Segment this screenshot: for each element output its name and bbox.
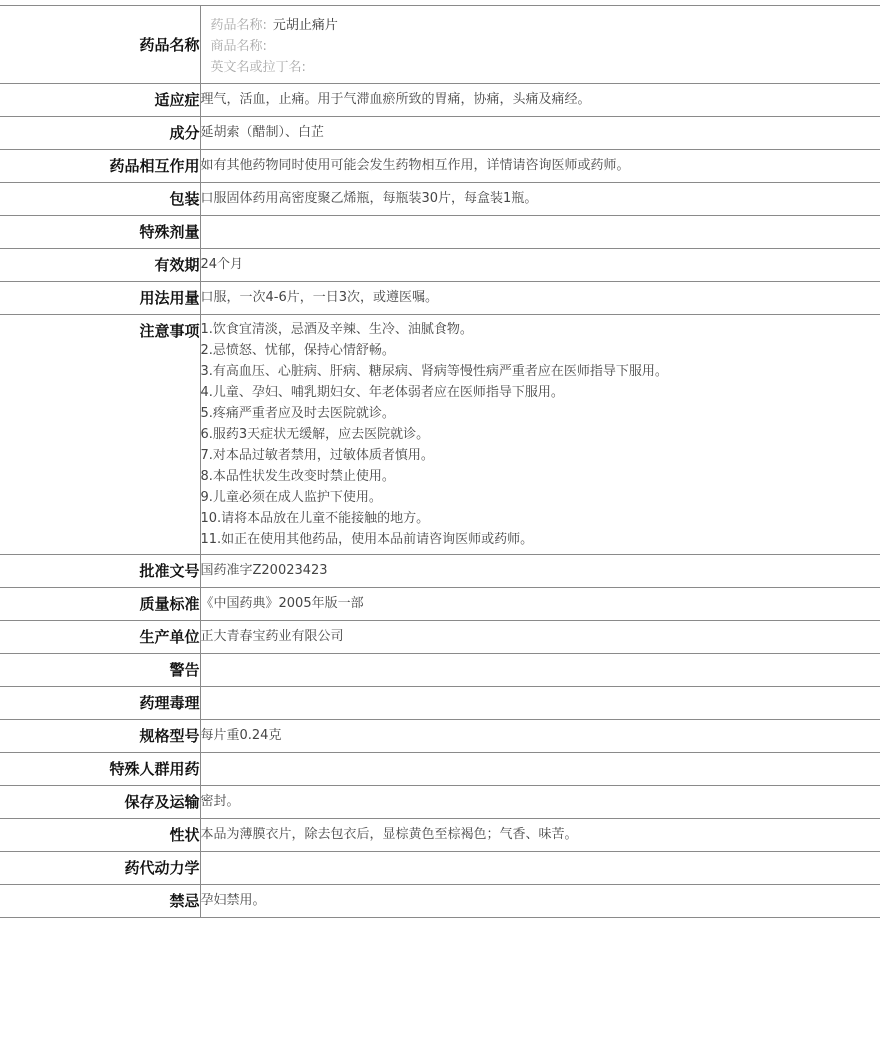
- precaution-item: 11.如正在使用其他药品，使用本品前请咨询医师或药师。: [201, 529, 880, 550]
- row-label: 批准文号: [0, 555, 200, 588]
- row-value: 24个月: [200, 249, 880, 282]
- row-value: 国药准字Z20023423: [200, 555, 880, 588]
- drug-spec-table: 药品名称 药品名称:元胡止痛片 商品名称: 英文名或拉丁名: 适应症理气，活血，…: [0, 5, 880, 918]
- row-value: 每片重0.24克: [200, 720, 880, 753]
- precaution-item: 4.儿童、孕妇、哺乳期妇女、年老体弱者应在医师指导下服用。: [201, 382, 880, 403]
- row-value: 口服固体药用高密度聚乙烯瓶，每瓶装30片，每盒装1瓶。: [200, 183, 880, 216]
- row-interactions: 药品相互作用如有其他药物同时使用可能会发生药物相互作用，详情请咨询医师或药师。: [0, 150, 880, 183]
- row-approval-number: 批准文号国药准字Z20023423: [0, 555, 880, 588]
- row-label: 性状: [0, 819, 200, 852]
- row-label: 生产单位: [0, 621, 200, 654]
- row-label: 保存及运输: [0, 786, 200, 819]
- row-value: [200, 216, 880, 249]
- generic-name-value: 元胡止痛片: [273, 18, 338, 33]
- generic-name-key: 药品名称:: [211, 18, 267, 33]
- row-label: 有效期: [0, 249, 200, 282]
- row-special-dosage: 特殊剂量: [0, 216, 880, 249]
- trade-name-line: 商品名称:: [211, 36, 880, 57]
- row-quality-standard: 质量标准《中国药典》2005年版一部: [0, 588, 880, 621]
- row-warning: 警告: [0, 654, 880, 687]
- row-value: [200, 753, 880, 786]
- row-indications: 适应症理气，活血，止痛。用于气滞血瘀所致的胃痛，协痛，头痛及痛经。: [0, 84, 880, 117]
- row-label: 药理毒理: [0, 687, 200, 720]
- precaution-item: 10.请将本品放在儿童不能接触的地方。: [201, 508, 880, 529]
- precaution-item: 9.儿童必须在成人监护下使用。: [201, 487, 880, 508]
- row-label: 成分: [0, 117, 200, 150]
- row-value: [200, 852, 880, 885]
- row-value: 理气，活血，止痛。用于气滞血瘀所致的胃痛，协痛，头痛及痛经。: [200, 84, 880, 117]
- row-label: 药代动力学: [0, 852, 200, 885]
- row-label: 警告: [0, 654, 200, 687]
- row-label: 用法用量: [0, 282, 200, 315]
- row-label: 禁忌: [0, 885, 200, 918]
- row-packaging: 包装口服固体药用高密度聚乙烯瓶，每瓶装30片，每盒装1瓶。: [0, 183, 880, 216]
- row-value: 口服，一次4-6片，一日3次，或遵医嘱。: [200, 282, 880, 315]
- precaution-item: 1.饮食宜清淡，忌酒及辛辣、生冷、油腻食物。: [201, 319, 880, 340]
- row-label: 注意事项: [0, 315, 200, 555]
- row-label: 特殊人群用药: [0, 753, 200, 786]
- precaution-item: 7.对本品过敏者禁用，过敏体质者慎用。: [201, 445, 880, 466]
- row-label: 特殊剂量: [0, 216, 200, 249]
- latin-name-line: 英文名或拉丁名:: [211, 57, 880, 78]
- row-label: 适应症: [0, 84, 200, 117]
- row-storage-transport: 保存及运输密封。: [0, 786, 880, 819]
- precaution-item: 3.有高血压、心脏病、肝病、糖尿病、肾病等慢性病严重者应在医师指导下服用。: [201, 361, 880, 382]
- generic-name-line: 药品名称:元胡止痛片: [211, 15, 880, 36]
- row-specification: 规格型号每片重0.24克: [0, 720, 880, 753]
- row-value: 《中国药典》2005年版一部: [200, 588, 880, 621]
- precaution-item: 5.疼痛严重者应及时去医院就诊。: [201, 403, 880, 424]
- row-value: 如有其他药物同时使用可能会发生药物相互作用，详情请咨询医师或药师。: [200, 150, 880, 183]
- trade-name-key: 商品名称:: [211, 39, 267, 54]
- row-value: 正大青春宝药业有限公司: [200, 621, 880, 654]
- row-usage-dosage: 用法用量口服，一次4-6片，一日3次，或遵医嘱。: [0, 282, 880, 315]
- row-pharmacology-toxicology: 药理毒理: [0, 687, 880, 720]
- row-drug-name: 药品名称 药品名称:元胡止痛片 商品名称: 英文名或拉丁名:: [0, 6, 880, 84]
- row-ingredients: 成分延胡索（醋制）、白芷: [0, 117, 880, 150]
- precaution-item: 8.本品性状发生改变时禁止使用。: [201, 466, 880, 487]
- row-pharmacokinetics: 药代动力学: [0, 852, 880, 885]
- row-label: 质量标准: [0, 588, 200, 621]
- precautions-list: 1.饮食宜清淡，忌酒及辛辣、生冷、油腻食物。 2.忌愤怒、忧郁，保持心情舒畅。 …: [200, 315, 880, 555]
- row-value: [200, 654, 880, 687]
- precaution-item: 6.服药3天症状无缓解，应去医院就诊。: [201, 424, 880, 445]
- row-special-populations: 特殊人群用药: [0, 753, 880, 786]
- row-label: 药品名称: [0, 6, 200, 84]
- row-contraindications: 禁忌孕妇禁用。: [0, 885, 880, 918]
- row-value: [200, 687, 880, 720]
- row-precautions: 注意事项 1.饮食宜清淡，忌酒及辛辣、生冷、油腻食物。 2.忌愤怒、忧郁，保持心…: [0, 315, 880, 555]
- precaution-item: 2.忌愤怒、忧郁，保持心情舒畅。: [201, 340, 880, 361]
- row-label: 规格型号: [0, 720, 200, 753]
- row-value: 延胡索（醋制）、白芷: [200, 117, 880, 150]
- row-manufacturer: 生产单位正大青春宝药业有限公司: [0, 621, 880, 654]
- latin-name-key: 英文名或拉丁名:: [211, 60, 306, 75]
- row-shelf-life: 有效期24个月: [0, 249, 880, 282]
- row-value: 本品为薄膜衣片，除去包衣后，显棕黄色至棕褐色；气香、味苦。: [200, 819, 880, 852]
- drug-name-cell: 药品名称:元胡止痛片 商品名称: 英文名或拉丁名:: [200, 6, 880, 84]
- row-value: 孕妇禁用。: [200, 885, 880, 918]
- row-description: 性状本品为薄膜衣片，除去包衣后，显棕黄色至棕褐色；气香、味苦。: [0, 819, 880, 852]
- row-label: 包装: [0, 183, 200, 216]
- row-label: 药品相互作用: [0, 150, 200, 183]
- row-value: 密封。: [200, 786, 880, 819]
